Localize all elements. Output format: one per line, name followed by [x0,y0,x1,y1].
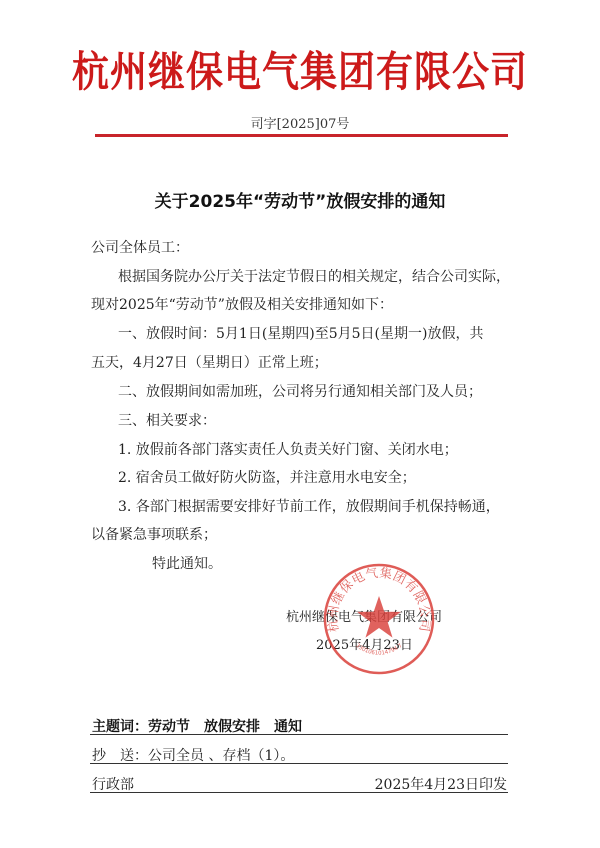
salutation: 公司全体员工： [91,237,189,257]
item-overtime: 二、放假期间如需加班，公司将另行通知相关部门及人员； [118,381,482,401]
cc-recipients: 公司全员 、存档（1）。 [148,748,294,764]
cc-row: 抄 送：公司全员 、存档（1）。 [92,745,294,765]
issue-date: 2025年4月23日印发 [375,774,507,794]
item-holiday-time-line2: 五天，4月27日（星期日）正常上班； [91,352,328,372]
closing-remark: 特此通知。 [152,553,222,573]
footer-rule-3 [90,792,508,793]
company-seal: 杭州继保电气集团有限公司 3301061014794 7 [322,562,436,676]
footer-rule-2 [90,763,508,764]
seal-stamp-icon: 杭州继保电气集团有限公司 3301061014794 7 [322,562,436,676]
cc-label: 抄 送： [92,748,148,764]
subject-words: 劳动节 放假安排 通知 [148,719,302,735]
organization-header: 杭州继保电气集团有限公司 [0,38,600,98]
body-paragraph-intro-line2: 现对2025年“劳动节”放假及相关安排通知如下： [91,294,393,314]
footer-rule-1 [90,734,508,735]
item-requirements-heading: 三、相关要求： [118,410,216,430]
issuing-department: 行政部 [92,774,134,794]
document-title: 关于2025年“劳动节”放假安排的通知 [0,187,600,212]
requirement-3-line2: 以备紧急事项联系； [91,524,217,544]
requirement-3-line1: 3. 各部门根据需要安排好节前工作，放假期间手机保持畅通， [118,496,500,516]
body-paragraph-intro-line1: 根据国务院办公厅关于法定节假日的相关规定，结合公司实际， [118,266,510,286]
svg-text:3301061014794 7: 3301061014794 7 [354,643,404,657]
red-header-rule [95,134,508,137]
item-holiday-time-line1: 一、放假时间：5月1日(星期四)至5月5日(星期一)放假，共 [118,323,483,343]
requirement-1: 1. 放假前各部门落实责任人负责关好门窗、关闭水电； [118,439,458,459]
subject-words-label: 主题词：劳动节 放假安排 通知 [92,716,302,736]
requirement-2: 2. 宿舍员工做好防火防盗，并注意用水电安全； [118,467,416,487]
document-number: 司字[2025]07号 [0,113,600,132]
